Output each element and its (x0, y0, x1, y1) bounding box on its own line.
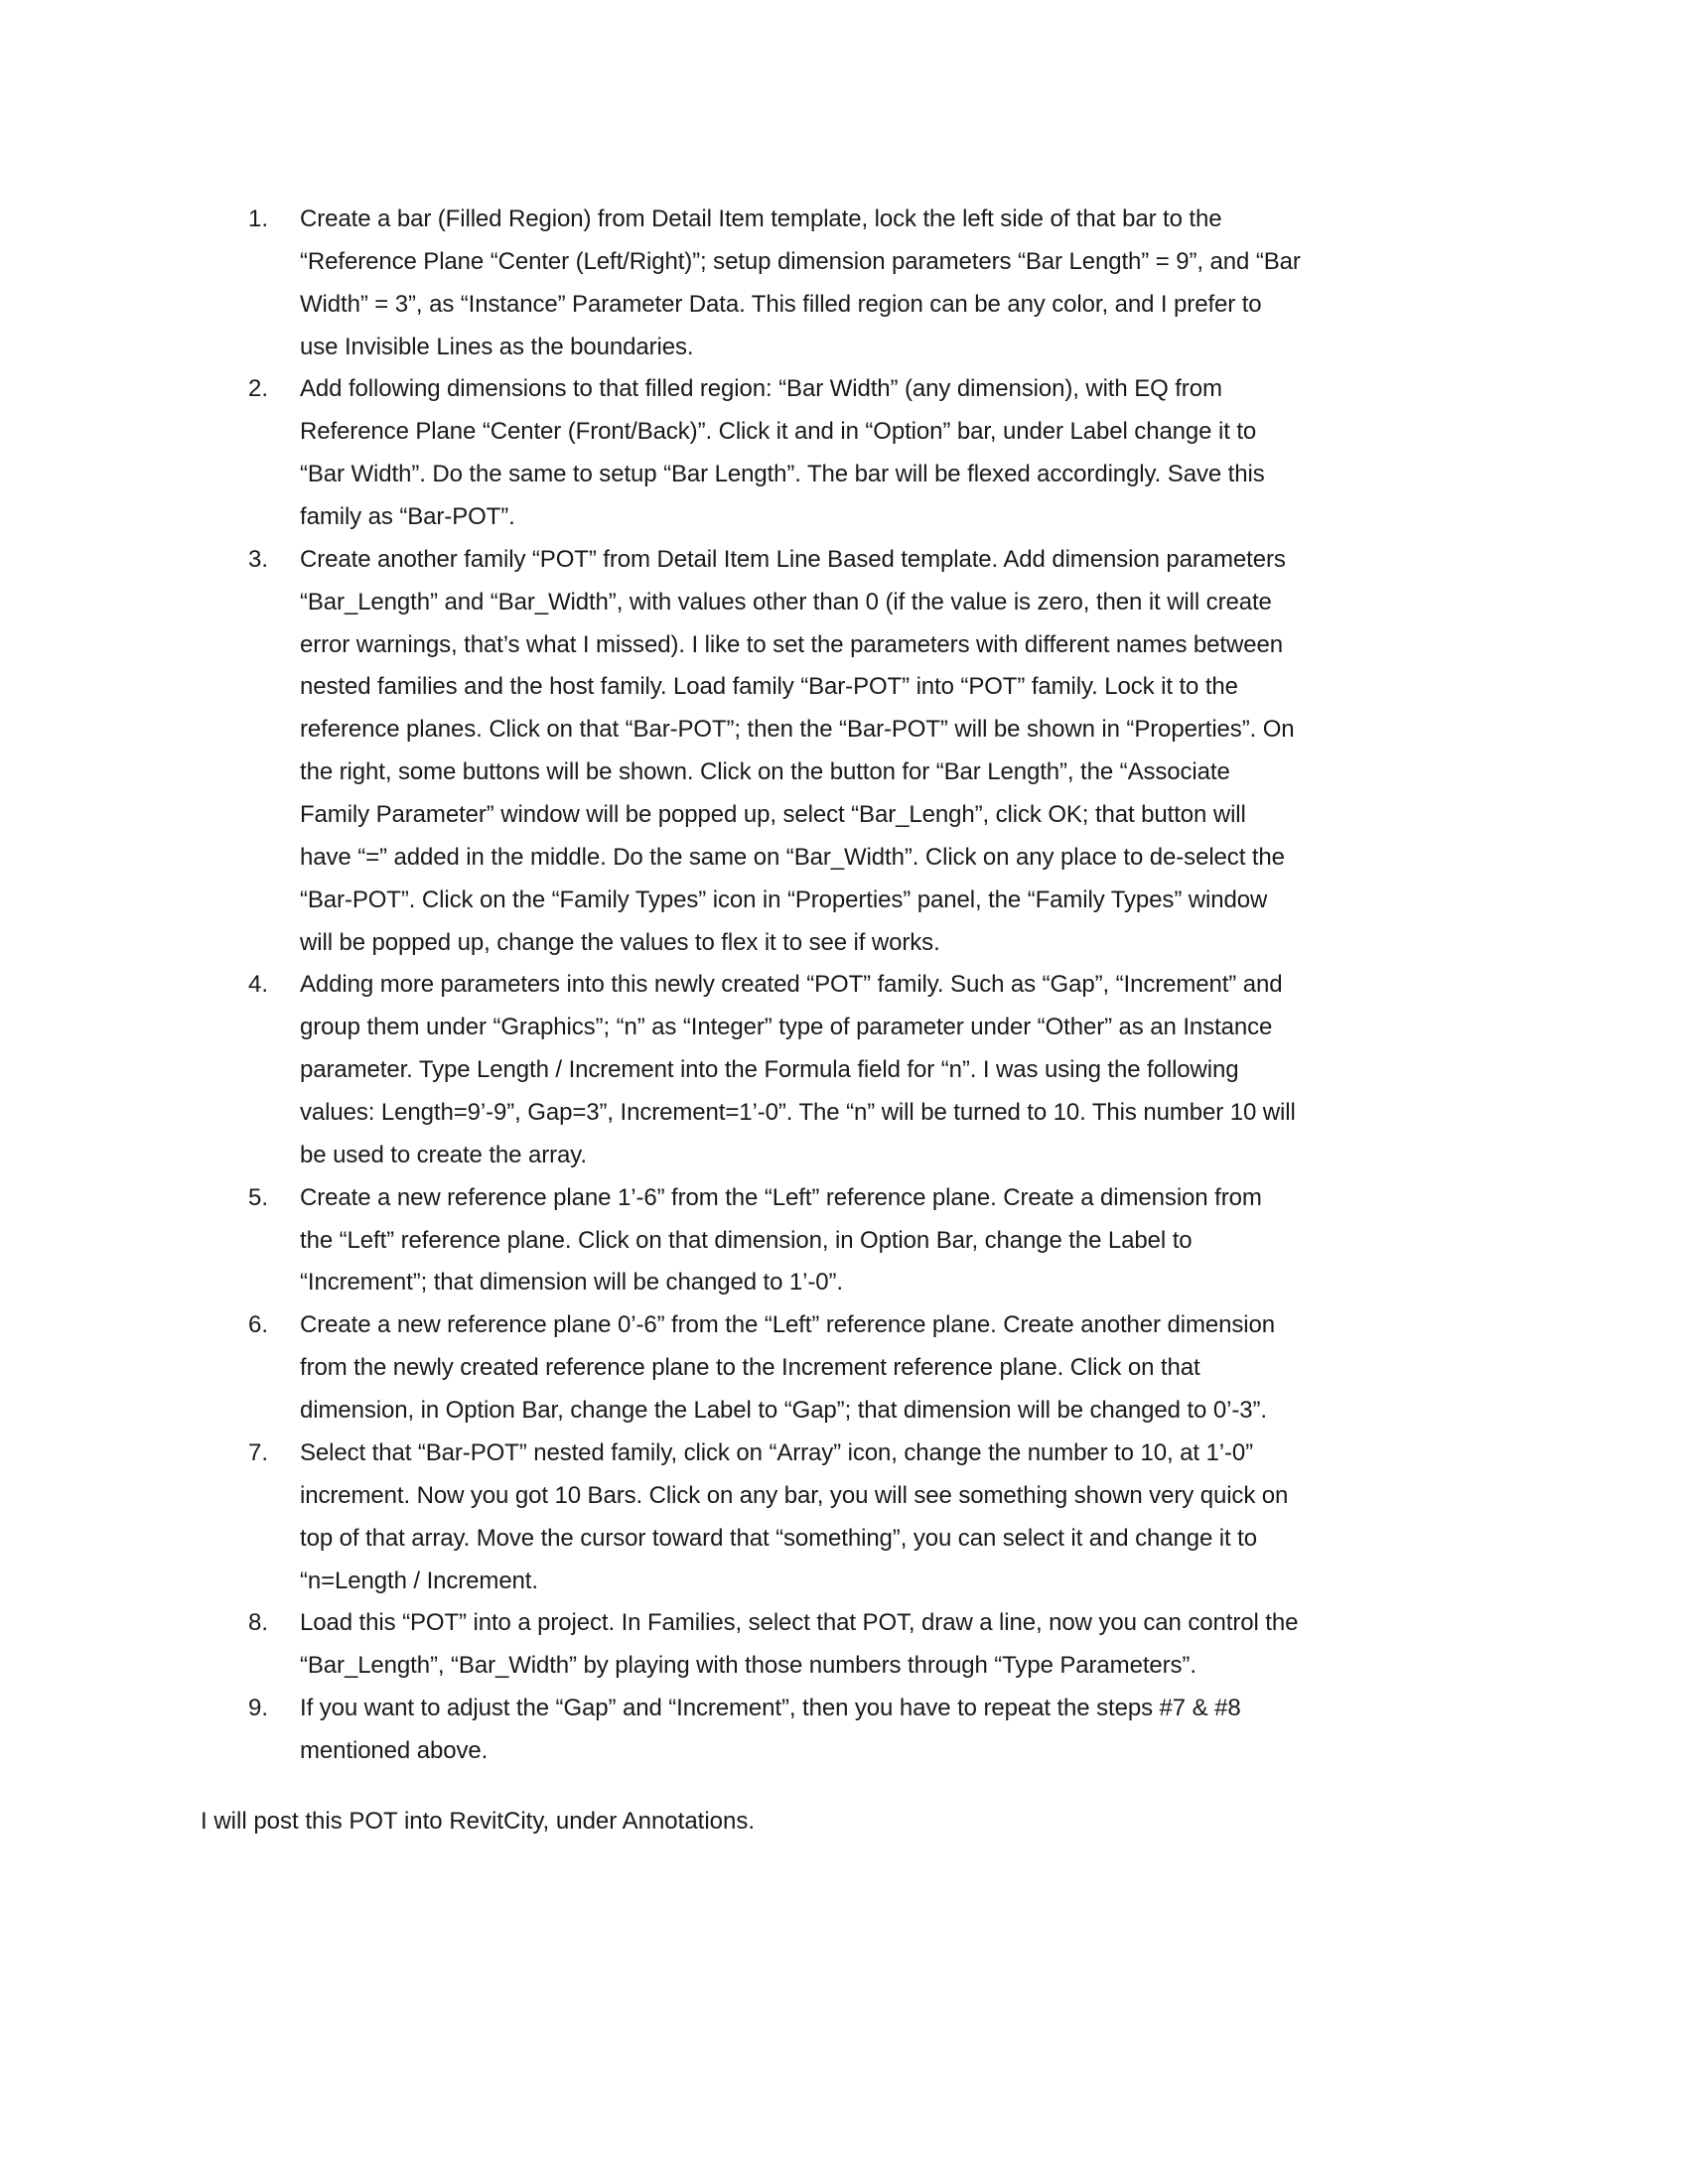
step-text-line: “Bar_Length”, “Bar_Width” by playing wit… (300, 1645, 1499, 1688)
step-text-line: top of that array. Move the cursor towar… (300, 1518, 1499, 1561)
step-text-line: Add following dimensions to that filled … (300, 368, 1499, 411)
step-item: 4. Adding more parameters into this newl… (248, 964, 1499, 1176)
step-text-line: family as “Bar-POT”. (300, 496, 1499, 539)
step-text-line: the “Left” reference plane. Click on tha… (300, 1220, 1499, 1263)
step-item: 6. Create a new reference plane 0’-6” fr… (248, 1304, 1499, 1433)
step-item: 1. Create a bar (Filled Region) from Det… (248, 199, 1499, 368)
step-text-line: use Invisible Lines as the boundaries. (300, 327, 1499, 369)
step-text-line: Create a new reference plane 0’-6” from … (300, 1304, 1499, 1347)
step-number: 4. (248, 964, 268, 1007)
step-text-line: increment. Now you got 10 Bars. Click on… (300, 1475, 1499, 1518)
step-text-line: “Bar_Length” and “Bar_Width”, with value… (300, 582, 1499, 624)
document-page: 1. Create a bar (Filled Region) from Det… (0, 0, 1688, 2184)
closing-paragraph: I will post this POT into RevitCity, und… (201, 1801, 755, 1843)
step-text-line: Create a bar (Filled Region) from Detail… (300, 199, 1499, 241)
step-text-line: parameter. Type Length / Increment into … (300, 1049, 1499, 1092)
step-text-line: be used to create the array. (300, 1135, 1499, 1177)
step-text-line: have “=” added in the middle. Do the sam… (300, 837, 1499, 880)
step-text-line: “Bar-POT”. Click on the “Family Types” i… (300, 880, 1499, 922)
step-text-line: “Reference Plane “Center (Left/Right)”; … (300, 241, 1499, 284)
step-text-line: If you want to adjust the “Gap” and “Inc… (300, 1688, 1499, 1730)
step-item: 5. Create a new reference plane 1’-6” fr… (248, 1177, 1499, 1305)
step-number: 7. (248, 1433, 268, 1475)
step-number: 2. (248, 368, 268, 411)
step-number: 5. (248, 1177, 268, 1220)
step-item: 3. Create another family “POT” from Deta… (248, 539, 1499, 965)
step-text-line: the right, some buttons will be shown. C… (300, 751, 1499, 794)
step-item: 8. Load this “POT” into a project. In Fa… (248, 1602, 1499, 1688)
step-text-line: Load this “POT” into a project. In Famil… (300, 1602, 1499, 1645)
step-number: 3. (248, 539, 268, 582)
step-text-line: Width” = 3”, as “Instance” Parameter Dat… (300, 284, 1499, 327)
step-number: 9. (248, 1688, 268, 1730)
step-text-line: mentioned above. (300, 1730, 1499, 1773)
step-text-line: group them under “Graphics”; “n” as “Int… (300, 1007, 1499, 1049)
step-text-line: dimension, in Option Bar, change the Lab… (300, 1390, 1499, 1433)
step-item: 2. Add following dimensions to that fill… (248, 368, 1499, 538)
step-text-line: “Bar Width”. Do the same to setup “Bar L… (300, 454, 1499, 496)
step-text-line: Select that “Bar-POT” nested family, cli… (300, 1433, 1499, 1475)
step-number: 6. (248, 1304, 268, 1347)
step-text-line: “Increment”; that dimension will be chan… (300, 1262, 1499, 1304)
step-item: 9. If you want to adjust the “Gap” and “… (248, 1688, 1499, 1773)
step-text-line: Family Parameter” window will be popped … (300, 794, 1499, 837)
step-text-line: error warnings, that’s what I missed). I… (300, 624, 1499, 667)
step-text-line: reference planes. Click on that “Bar-POT… (300, 709, 1499, 751)
step-text-line: will be popped up, change the values to … (300, 922, 1499, 965)
step-number: 1. (248, 199, 268, 241)
step-text-line: Create another family “POT” from Detail … (300, 539, 1499, 582)
steps-list: 1. Create a bar (Filled Region) from Det… (248, 199, 1499, 1773)
step-item: 7. Select that “Bar-POT” nested family, … (248, 1433, 1499, 1602)
step-text-line: Create a new reference plane 1’-6” from … (300, 1177, 1499, 1220)
step-text-line: Adding more parameters into this newly c… (300, 964, 1499, 1007)
step-text-line: nested families and the host family. Loa… (300, 666, 1499, 709)
step-number: 8. (248, 1602, 268, 1645)
step-text-line: Reference Plane “Center (Front/Back)”. C… (300, 411, 1499, 454)
step-text-line: from the newly created reference plane t… (300, 1347, 1499, 1390)
step-text-line: values: Length=9’-9”, Gap=3”, Increment=… (300, 1092, 1499, 1135)
step-text-line: “n=Length / Increment. (300, 1561, 1499, 1603)
